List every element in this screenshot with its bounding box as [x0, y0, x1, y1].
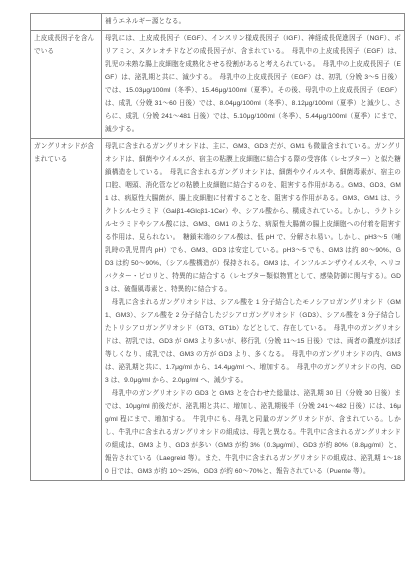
document-page: 補うエネルギー源となる。 上皮成長因子を含んでいる 母乳には、上皮成長因子（EG… [0, 0, 410, 580]
topic-cell: ガングリオシドが含まれている [31, 139, 102, 481]
content-table: 補うエネルギー源となる。 上皮成長因子を含んでいる 母乳には、上皮成長因子（EG… [30, 13, 405, 481]
body-cell: 補うエネルギー源となる。 [102, 14, 405, 31]
body-cell: 母乳には、上皮成長因子（EGF）、インスリン様成長因子（IGF）、神経成長促進因… [102, 31, 405, 139]
paragraph: 補うエネルギー源となる。 [105, 15, 401, 28]
topic-cell-empty [31, 14, 102, 31]
paragraph: 母乳に含まれるガングリオシドは、主に、GM3、GD3 だが、GM1 も微量含まれ… [105, 140, 401, 296]
paragraph: 母乳中のガングリオシドの GD3 と GM3 とを合わせた総量は、泌乳期 30 … [105, 387, 401, 478]
table-row-epidermal-growth-factor: 上皮成長因子を含んでいる 母乳には、上皮成長因子（EGF）、インスリン様成長因子… [31, 31, 405, 139]
paragraph: 母乳には、上皮成長因子（EGF）、インスリン様成長因子（IGF）、神経成長促進因… [105, 32, 401, 136]
table-row-energy-continuation: 補うエネルギー源となる。 [31, 14, 405, 31]
paragraph: 母乳に含まれるガングリオシドは、シアル酸を 1 分子結合したモノシアロガングリオ… [105, 296, 401, 387]
table-row-ganglioside: ガングリオシドが含まれている 母乳に含まれるガングリオシドは、主に、GM3、GD… [31, 139, 405, 481]
topic-cell: 上皮成長因子を含んでいる [31, 31, 102, 139]
body-cell: 母乳に含まれるガングリオシドは、主に、GM3、GD3 だが、GM1 も微量含まれ… [102, 139, 405, 481]
